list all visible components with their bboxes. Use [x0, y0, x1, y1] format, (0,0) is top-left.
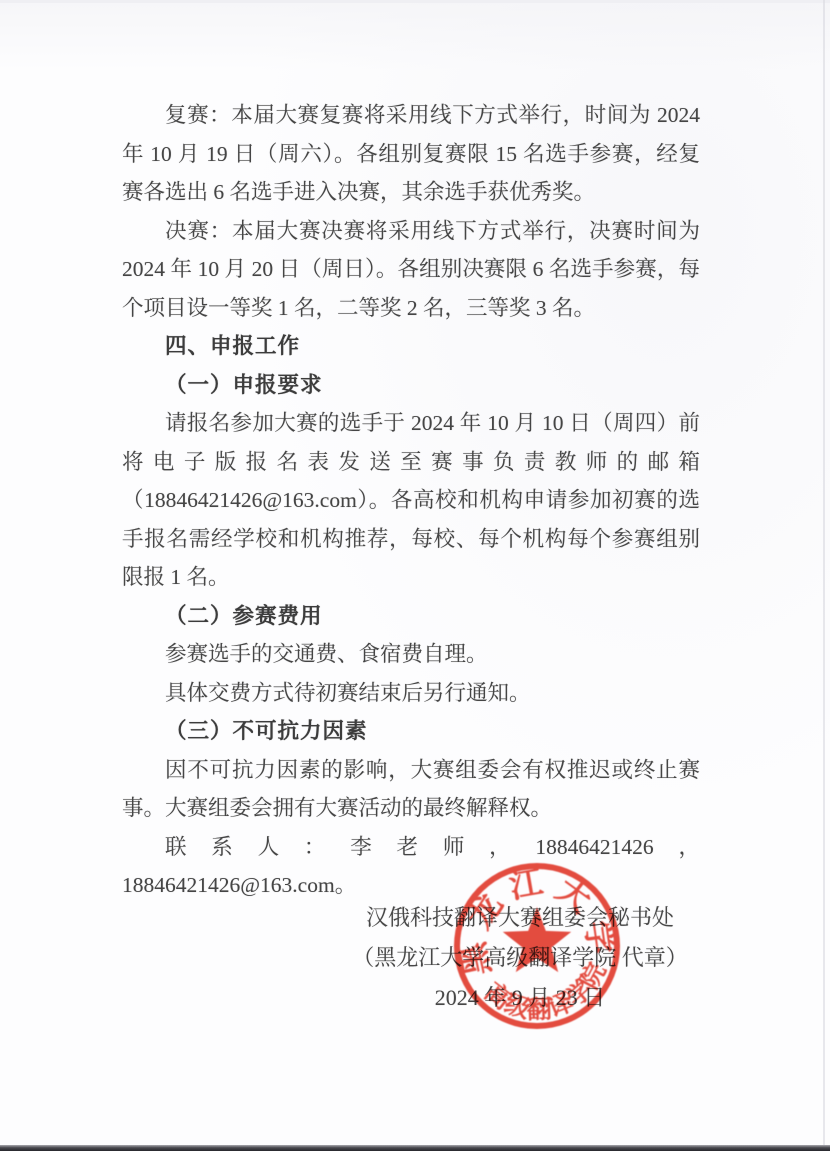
section-heading-application: 四、申报工作: [122, 327, 700, 366]
paragraph-registration: 请报名参加大赛的选手于 2024 年 10 月 10 日（周四）前将电子版报名表…: [122, 404, 700, 597]
paragraph-fees-notice: 具体交费方式待初赛结束后另行通知。: [122, 674, 700, 713]
paragraph-contact: 联系人：李老师，18846421426，18846421426@163.com。: [122, 828, 700, 905]
signature-organization: 汉俄科技翻译大赛组委会秘书处: [210, 898, 830, 938]
scanned-document-page: { "document": { "paragraphs": [ { "type"…: [0, 0, 830, 1151]
signature-block: 汉俄科技翻译大赛组委会秘书处 （黑龙江大学高级翻译学院 代章） 2024 年 9…: [210, 898, 830, 1018]
signature-date: 2024 年 9 月 23 日: [210, 978, 830, 1018]
signature-seal-note: （黑龙江大学高级翻译学院 代章）: [210, 938, 830, 978]
subsection-heading-fees: （二）参赛费用: [122, 597, 700, 636]
scan-edge-right: [823, 0, 825, 1145]
paragraph-fees-self-paid: 参赛选手的交通费、食宿费自理。: [122, 635, 700, 674]
scan-edge-bottom: [0, 1145, 830, 1151]
document-text-block: 复赛：本届大赛复赛将采用线下方式举行，时间为 2024 年 10 月 19 日（…: [122, 96, 700, 905]
scan-edge-top: [0, 0, 830, 3]
subsection-heading-force-majeure: （三）不可抗力因素: [122, 712, 700, 751]
subsection-heading-requirements: （一）申报要求: [122, 366, 700, 405]
paragraph-force-majeure: 因不可抗力因素的影响，大赛组委会有权推迟或终止赛事。大赛组委会拥有大赛活动的最终…: [122, 751, 700, 828]
paragraph-final: 决赛：本届大赛决赛将采用线下方式举行，决赛时间为 2024 年 10 月 20 …: [122, 212, 700, 328]
paragraph-semifinal: 复赛：本届大赛复赛将采用线下方式举行，时间为 2024 年 10 月 19 日（…: [122, 96, 700, 212]
